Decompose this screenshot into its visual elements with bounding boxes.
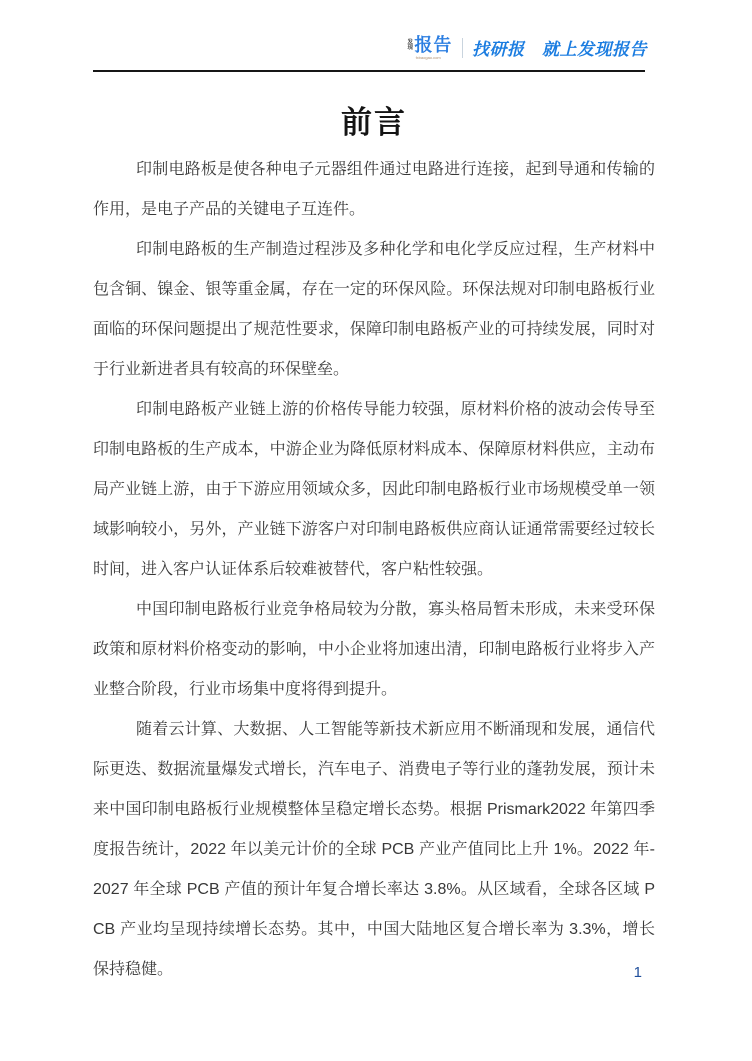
logo-wordmark: 报告	[414, 36, 452, 54]
logo-main: 发 现 报告	[403, 35, 452, 55]
paragraph: 印制电路板是使各种电子元器组件通过电路进行连接，起到导通和传输的作用，是电子产品…	[93, 150, 655, 230]
page-header: 发 现 报告 fxbaogao.com 找研报 就上发现报告	[93, 35, 647, 64]
page-title: 前言	[93, 97, 655, 142]
header-divider	[462, 38, 463, 58]
header-slogan: 找研报 就上发现报告	[472, 35, 647, 60]
document-page: 发 现 报告 fxbaogao.com 找研报 就上发现报告 前言 印制电路板是…	[0, 0, 752, 1061]
paragraph: 印制电路板的生产制造过程涉及多种化学和电化学反应过程，生产材料中包含铜、镍金、银…	[93, 230, 655, 390]
document-body: 印制电路板是使各种电子元器组件通过电路进行连接，起到导通和传输的作用，是电子产品…	[93, 150, 655, 990]
paragraph: 印制电路板产业链上游的价格传导能力较强，原材料价格的波动会传导至印制电路板的生产…	[93, 390, 655, 590]
paragraph: 中国印制电路板行业竞争格局较为分散，寡头格局暂未形成，未来受环保政策和原材料价格…	[93, 590, 655, 710]
page-footer: 1	[0, 964, 752, 981]
logo-tagline: fxbaogao.com	[415, 56, 440, 60]
paragraph: 随着云计算、大数据、人工智能等新技术新应用不断涌现和发展，通信代际更迭、数据流量…	[93, 710, 655, 990]
logo-stacked-line2: 现	[408, 45, 414, 51]
header-rule	[93, 70, 645, 72]
logo-stacked-text: 发 现	[408, 40, 414, 51]
page-number: 1	[634, 964, 642, 981]
fxbaogao-logo: 发 现 报告 fxbaogao.com	[403, 35, 453, 64]
